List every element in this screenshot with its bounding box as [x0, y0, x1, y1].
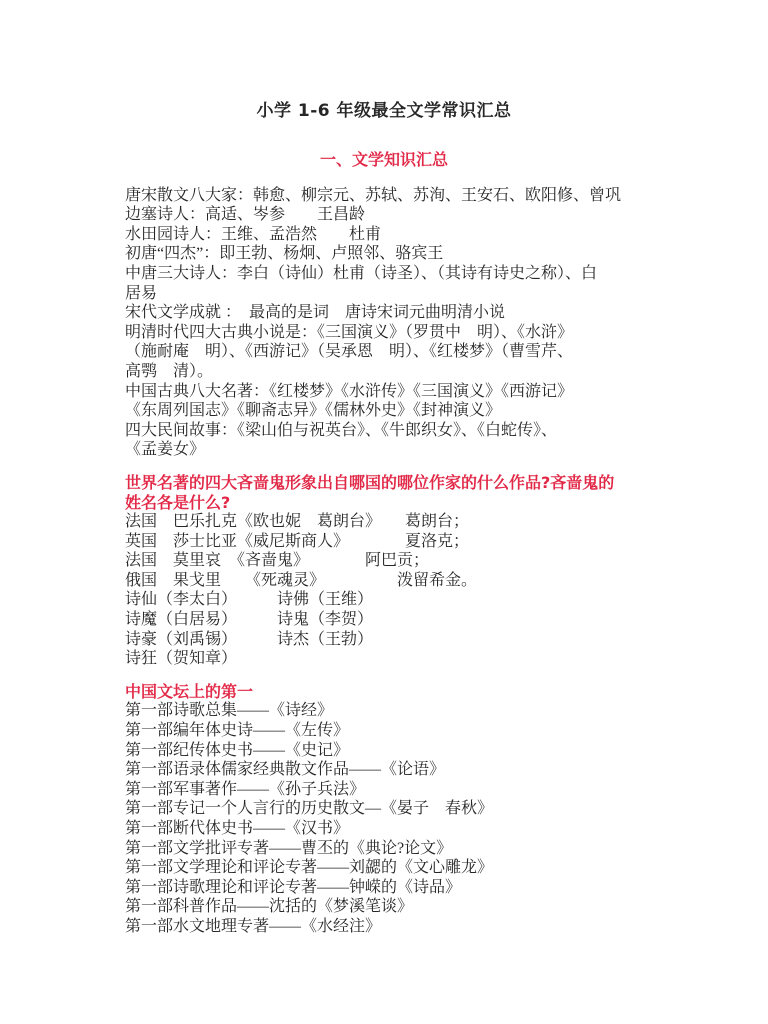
text-line: 第一部专记一个人言行的历史散文—《晏子 春秋》 — [125, 799, 643, 819]
body-paragraph: 第一部诗歌总集——《诗经》第一部编年体史诗——《左传》第一部纪传体史书——《史记… — [125, 701, 643, 936]
text-line: 一、文学知识汇总 — [125, 150, 643, 170]
body-paragraph: 唐宋散文八大家：韩愈、柳宗元、苏轼、苏洵、王安石、欧阳修、曾巩边塞诗人：高适、岑… — [125, 186, 643, 460]
text-line: 第一部诗歌总集——《诗经》 — [125, 701, 643, 721]
document-content: 小学 1-6 年级最全文学常识汇总 一、文学知识汇总唐宋散文八大家：韩愈、柳宗元… — [125, 0, 643, 937]
text-line: 唐宋散文八大家：韩愈、柳宗元、苏轼、苏洵、王安石、欧阳修、曾巩 — [125, 186, 643, 206]
text-line: 水田园诗人：王维、孟浩然 杜甫 — [125, 225, 643, 245]
text-line: 诗狂（贺知章） — [125, 649, 643, 669]
text-line: 中唐三大诗人：李白（诗仙）杜甫（诗圣）、（其诗有诗史之称）、白 — [125, 264, 643, 284]
text-line: 边塞诗人：高适、岑参 王昌龄 — [125, 205, 643, 225]
text-line: 第一部断代体史书——《汉书》 — [125, 819, 643, 839]
text-line: 宋代文学成就 ： 最高的是词 唐诗宋词元曲明清小说 — [125, 303, 643, 323]
document-title: 小学 1-6 年级最全文学常识汇总 — [125, 100, 643, 122]
section-heading: 中国文坛上的第一 — [125, 682, 643, 702]
document-page: 小学 1-6 年级最全文学常识汇总 一、文学知识汇总唐宋散文八大家：韩愈、柳宗元… — [0, 0, 768, 1024]
text-line: 诗豪（刘禹锡） 诗杰（王勃） — [125, 630, 643, 650]
text-line: 初唐“四杰”：即王勃、杨炯、卢照邻、骆宾王 — [125, 244, 643, 264]
text-line: 法国 莫里哀 《吝啬鬼》 阿巴贡； — [125, 551, 643, 571]
text-line: 第一部科普作品——沈括的《梦溪笔谈》 — [125, 897, 643, 917]
text-line: 俄国 果戈里 《死魂灵》 泼留希金。 — [125, 571, 643, 591]
text-line: 居易 — [125, 284, 643, 304]
text-line: 第一部语录体儒家经典散文作品——《论语》 — [125, 760, 643, 780]
text-line: 中国文坛上的第一 — [125, 682, 643, 702]
text-line: 高鹗 清）。 — [125, 362, 643, 382]
text-line: 诗仙（李太白） 诗佛（王维） — [125, 590, 643, 610]
text-line: 四大民间故事：《梁山伯与祝英台》、《牛郎织女》、《白蛇传》、 — [125, 421, 643, 441]
text-line: 世界名著的四大吝啬鬼形象出自哪国的哪位作家的什么作品?吝啬鬼的 — [125, 473, 643, 493]
document-blocks: 一、文学知识汇总唐宋散文八大家：韩愈、柳宗元、苏轼、苏洵、王安石、欧阳修、曾巩边… — [125, 150, 643, 937]
text-line: 诗魔（白居易） 诗鬼（李贺） — [125, 610, 643, 630]
text-line: 第一部文学理论和评论专著——刘勰的《文心雕龙》 — [125, 858, 643, 878]
text-line: 《孟姜女》 — [125, 440, 643, 460]
section-heading: 世界名著的四大吝啬鬼形象出自哪国的哪位作家的什么作品?吝啬鬼的姓名各是什么? — [125, 473, 643, 512]
text-line: 第一部编年体史诗——《左传》 — [125, 721, 643, 741]
text-line: 第一部水文地理专著——《水经注》 — [125, 917, 643, 937]
text-line: 第一部军事著作——《孙子兵法》 — [125, 780, 643, 800]
text-line: 第一部纪传体史书——《史记》 — [125, 741, 643, 761]
text-line: 第一部文学批评专著——曹丕的《典论?论文》 — [125, 839, 643, 859]
text-line: 英国 莎士比亚《威尼斯商人》 夏洛克； — [125, 532, 643, 552]
body-paragraph: 法国 巴乐扎克《欧也妮 葛朗台》 葛朗台；英国 莎士比亚《威尼斯商人》 夏洛克；… — [125, 512, 643, 669]
text-line: 中国古典八大名著：《红楼梦》《水浒传》《三国演义》《西游记》 — [125, 382, 643, 402]
text-line: （施耐庵 明）、《西游记》（吴承恩 明）、《红楼梦》（曹雪芹、 — [125, 342, 643, 362]
section-heading: 一、文学知识汇总 — [125, 150, 643, 170]
text-line: 《东周列国志》《聊斋志异》《儒林外史》《封神演义》 — [125, 401, 643, 421]
text-line: 第一部诗歌理论和评论专著——钟嵘的《诗品》 — [125, 878, 643, 898]
text-line: 姓名各是什么? — [125, 493, 643, 513]
text-line: 明清时代四大古典小说是：《三国演义》（罗贯中 明）、《水浒》 — [125, 323, 643, 343]
text-line: 法国 巴乐扎克《欧也妮 葛朗台》 葛朗台； — [125, 512, 643, 532]
